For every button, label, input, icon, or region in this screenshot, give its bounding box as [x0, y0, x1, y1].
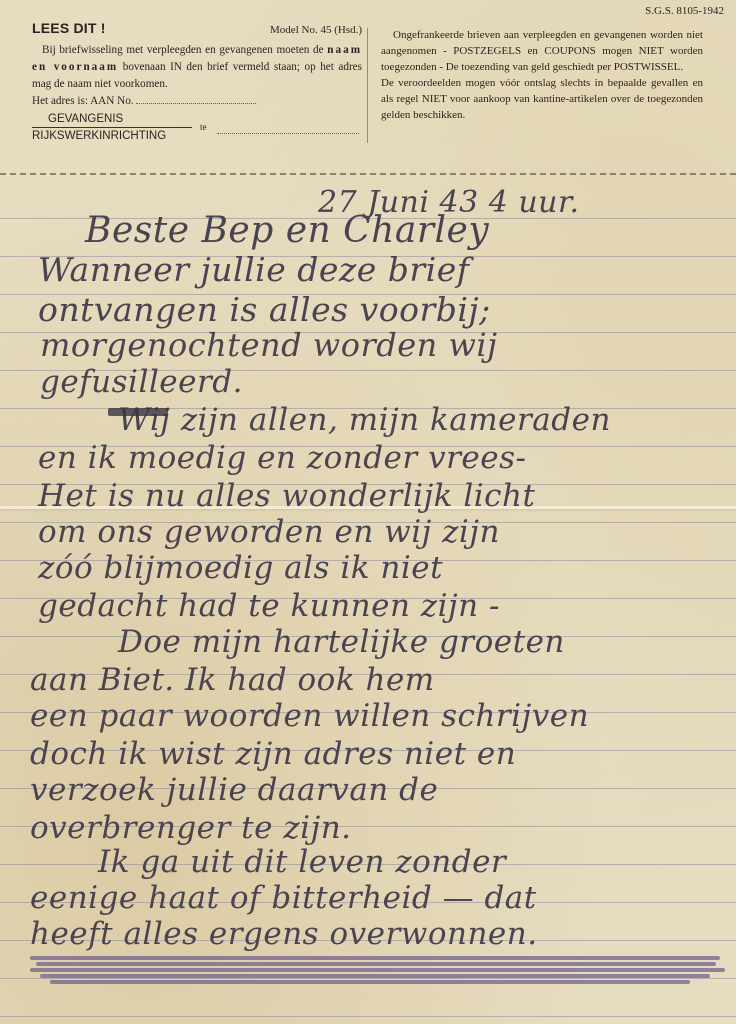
letter-line: en ik moedig en zonder vrees-: [38, 440, 526, 476]
letter-line: morgenochtend worden wij: [40, 326, 498, 364]
letter-line: overbrenger te zijn.: [30, 810, 352, 846]
instructions-left: LEES DIT ! Model No. 45 (Hsd.) Bij brief…: [32, 20, 362, 144]
letter-line: doch ik wist zijn adres niet en: [30, 736, 516, 772]
instructions-right: Ongefrankeerde brieven aan verpleegden e…: [381, 27, 703, 123]
letter-line: een paar woorden willen schrijven: [30, 698, 589, 734]
address-number-blank: [136, 93, 256, 104]
letter-salutation: Beste Bep en Charley: [85, 210, 489, 251]
scribbled-out-line: [30, 948, 730, 988]
lees-dit-title: LEES DIT !: [32, 20, 106, 37]
model-number: Model No. 45 (Hsd.): [270, 22, 362, 39]
letter-line: Wanneer jullie deze brief: [38, 250, 469, 289]
letter-line: ontvangen is alles voorbij;: [38, 290, 491, 329]
letter-line: aan Biet. Ik had ook hem: [30, 662, 435, 698]
funds-rules: De veroordeelden mogen vóór ontslag slec…: [381, 75, 703, 123]
institution-gevangenis: GEVANGENIS: [32, 111, 192, 128]
letter-line: Doe mijn hartelijke groeten: [118, 624, 565, 660]
letter-line: zóó blijmoedig als ik niet: [38, 550, 443, 586]
letter-line: heeft alles ergens overwonnen.: [30, 916, 538, 952]
te-label: te: [200, 119, 207, 136]
address-line: Het adres is: AAN No.: [32, 93, 362, 110]
letter-line: gedacht had te kunnen zijn -: [38, 588, 500, 624]
crossed-out-word: [108, 408, 168, 416]
letter-line: Wij zijn allen, mijn kameraden: [118, 402, 611, 438]
form-code: S.G.S. 8105-1942: [645, 5, 724, 17]
institution-line: GEVANGENIS RIJKSWERKINRICHTING te: [32, 111, 362, 144]
instruction-text: Bij briefwisseling met verpleegden en ge…: [32, 42, 362, 93]
letter-line: om ons geworden en wij zijn: [38, 514, 500, 550]
letter-line: verzoek jullie daarvan de: [30, 772, 438, 808]
header-divider: [367, 28, 368, 143]
letter-line: Het is nu alles wonderlijk licht: [38, 478, 535, 514]
letter-line: Ik ga uit dit leven zonder: [98, 844, 506, 880]
institution-rijkswerkinrichting: RIJKSWERKINRICHTING: [32, 128, 192, 144]
prison-letter-form-header: LEES DIT ! Model No. 45 (Hsd.) Bij brief…: [0, 0, 736, 172]
place-blank: [217, 133, 359, 134]
letter-line: eenige haat of bitterheid — dat: [30, 880, 537, 916]
perforation-line: [0, 173, 736, 175]
postage-rules: Ongefrankeerde brieven aan verpleegden e…: [381, 27, 703, 75]
letter-line: gefusilleerd.: [40, 364, 243, 400]
